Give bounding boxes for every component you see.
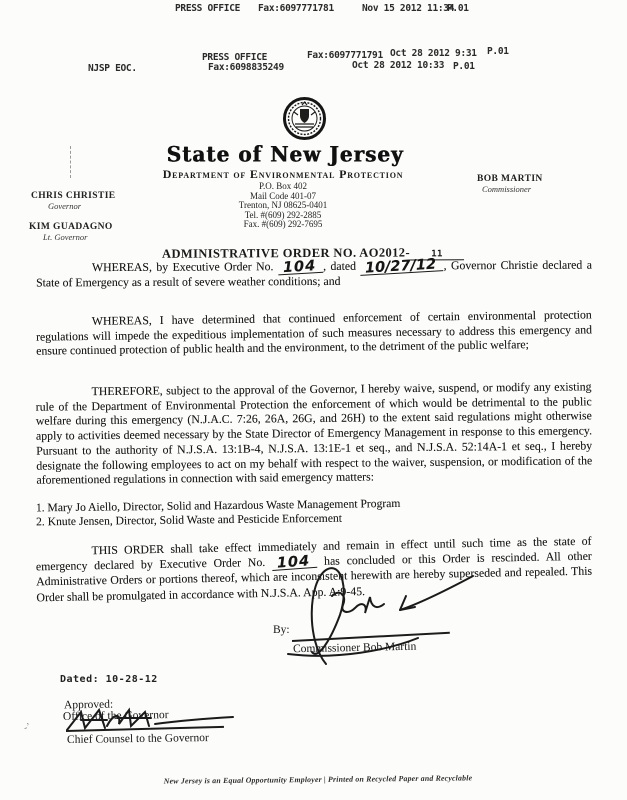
official-name-lt-governor: KIM GUADAGNO <box>29 222 113 232</box>
new-jersey-state-seal-icon <box>282 96 327 141</box>
paragraph-therefore: THEREFORE, subject to the approval of th… <box>36 379 593 487</box>
fax-header-datetime: Oct 28 2012 10:33 <box>352 60 444 71</box>
official-title-lt-governor: Lt. Governor <box>43 232 87 242</box>
footer-note: New Jersey is an Equal Opportunity Emplo… <box>164 773 473 785</box>
by-label: By: <box>273 624 290 636</box>
fax-header-sender: NJSP EOC. <box>88 63 137 74</box>
address-line: Fax. #(609) 292-7695 <box>239 220 327 230</box>
letterhead-state-name: State of New Jersey <box>167 141 404 166</box>
counsel-title: Chief Counsel to the Governor <box>67 732 209 746</box>
paragraph-whereas-2: WHEREAS, I have determined that continue… <box>36 307 593 358</box>
dated-line: Dated: 10-28-12 <box>60 674 158 685</box>
paragraph-whereas-1: WHEREAS, by Executive Order No. 104, dat… <box>36 258 592 290</box>
scanned-fax-document: PRESS OFFICE Fax:6097771781 Nov 15 2012 … <box>0 0 627 800</box>
fax-header-sender: PRESS OFFICE <box>175 3 240 14</box>
paragraph-text: , dated <box>323 259 360 273</box>
official-name-commissioner: BOB MARTIN <box>477 174 543 184</box>
official-title-governor: Governor <box>48 201 81 211</box>
fax-header-page: P.01 <box>453 61 475 72</box>
signer-name: Commissioner Bob Martin <box>293 641 417 656</box>
fax-header-number: Fax:6098835249 <box>208 62 284 73</box>
official-name-governor: CHRIS CHRISTIE <box>31 191 116 201</box>
letterhead-department: Department of Environmental Protection <box>163 167 404 182</box>
scan-artifact-mark <box>70 146 71 178</box>
fax-header-number: Fax:6097771781 <box>258 3 334 14</box>
letterhead-address: P.O. Box 402 Mail Code 401-07 Trenton, N… <box>239 182 327 230</box>
fax-header-datetime: Nov 15 2012 11:34 <box>362 3 454 14</box>
official-title-commissioner: Commissioner <box>482 184 531 194</box>
fax-header-page: P.01 <box>447 3 469 14</box>
paragraph-text: WHEREAS, by Executive Order No. <box>92 259 278 274</box>
scan-artifact-mark: -ʼ <box>22 721 32 734</box>
handwritten-date: 10/27/12 <box>360 259 444 276</box>
fax-header-datetime: Oct 28 2012 9:31 <box>390 48 477 59</box>
fax-header-page: P.01 <box>487 46 509 57</box>
designee-list: 1. Mary Jo Aiello, Director, Solid and H… <box>36 495 592 530</box>
